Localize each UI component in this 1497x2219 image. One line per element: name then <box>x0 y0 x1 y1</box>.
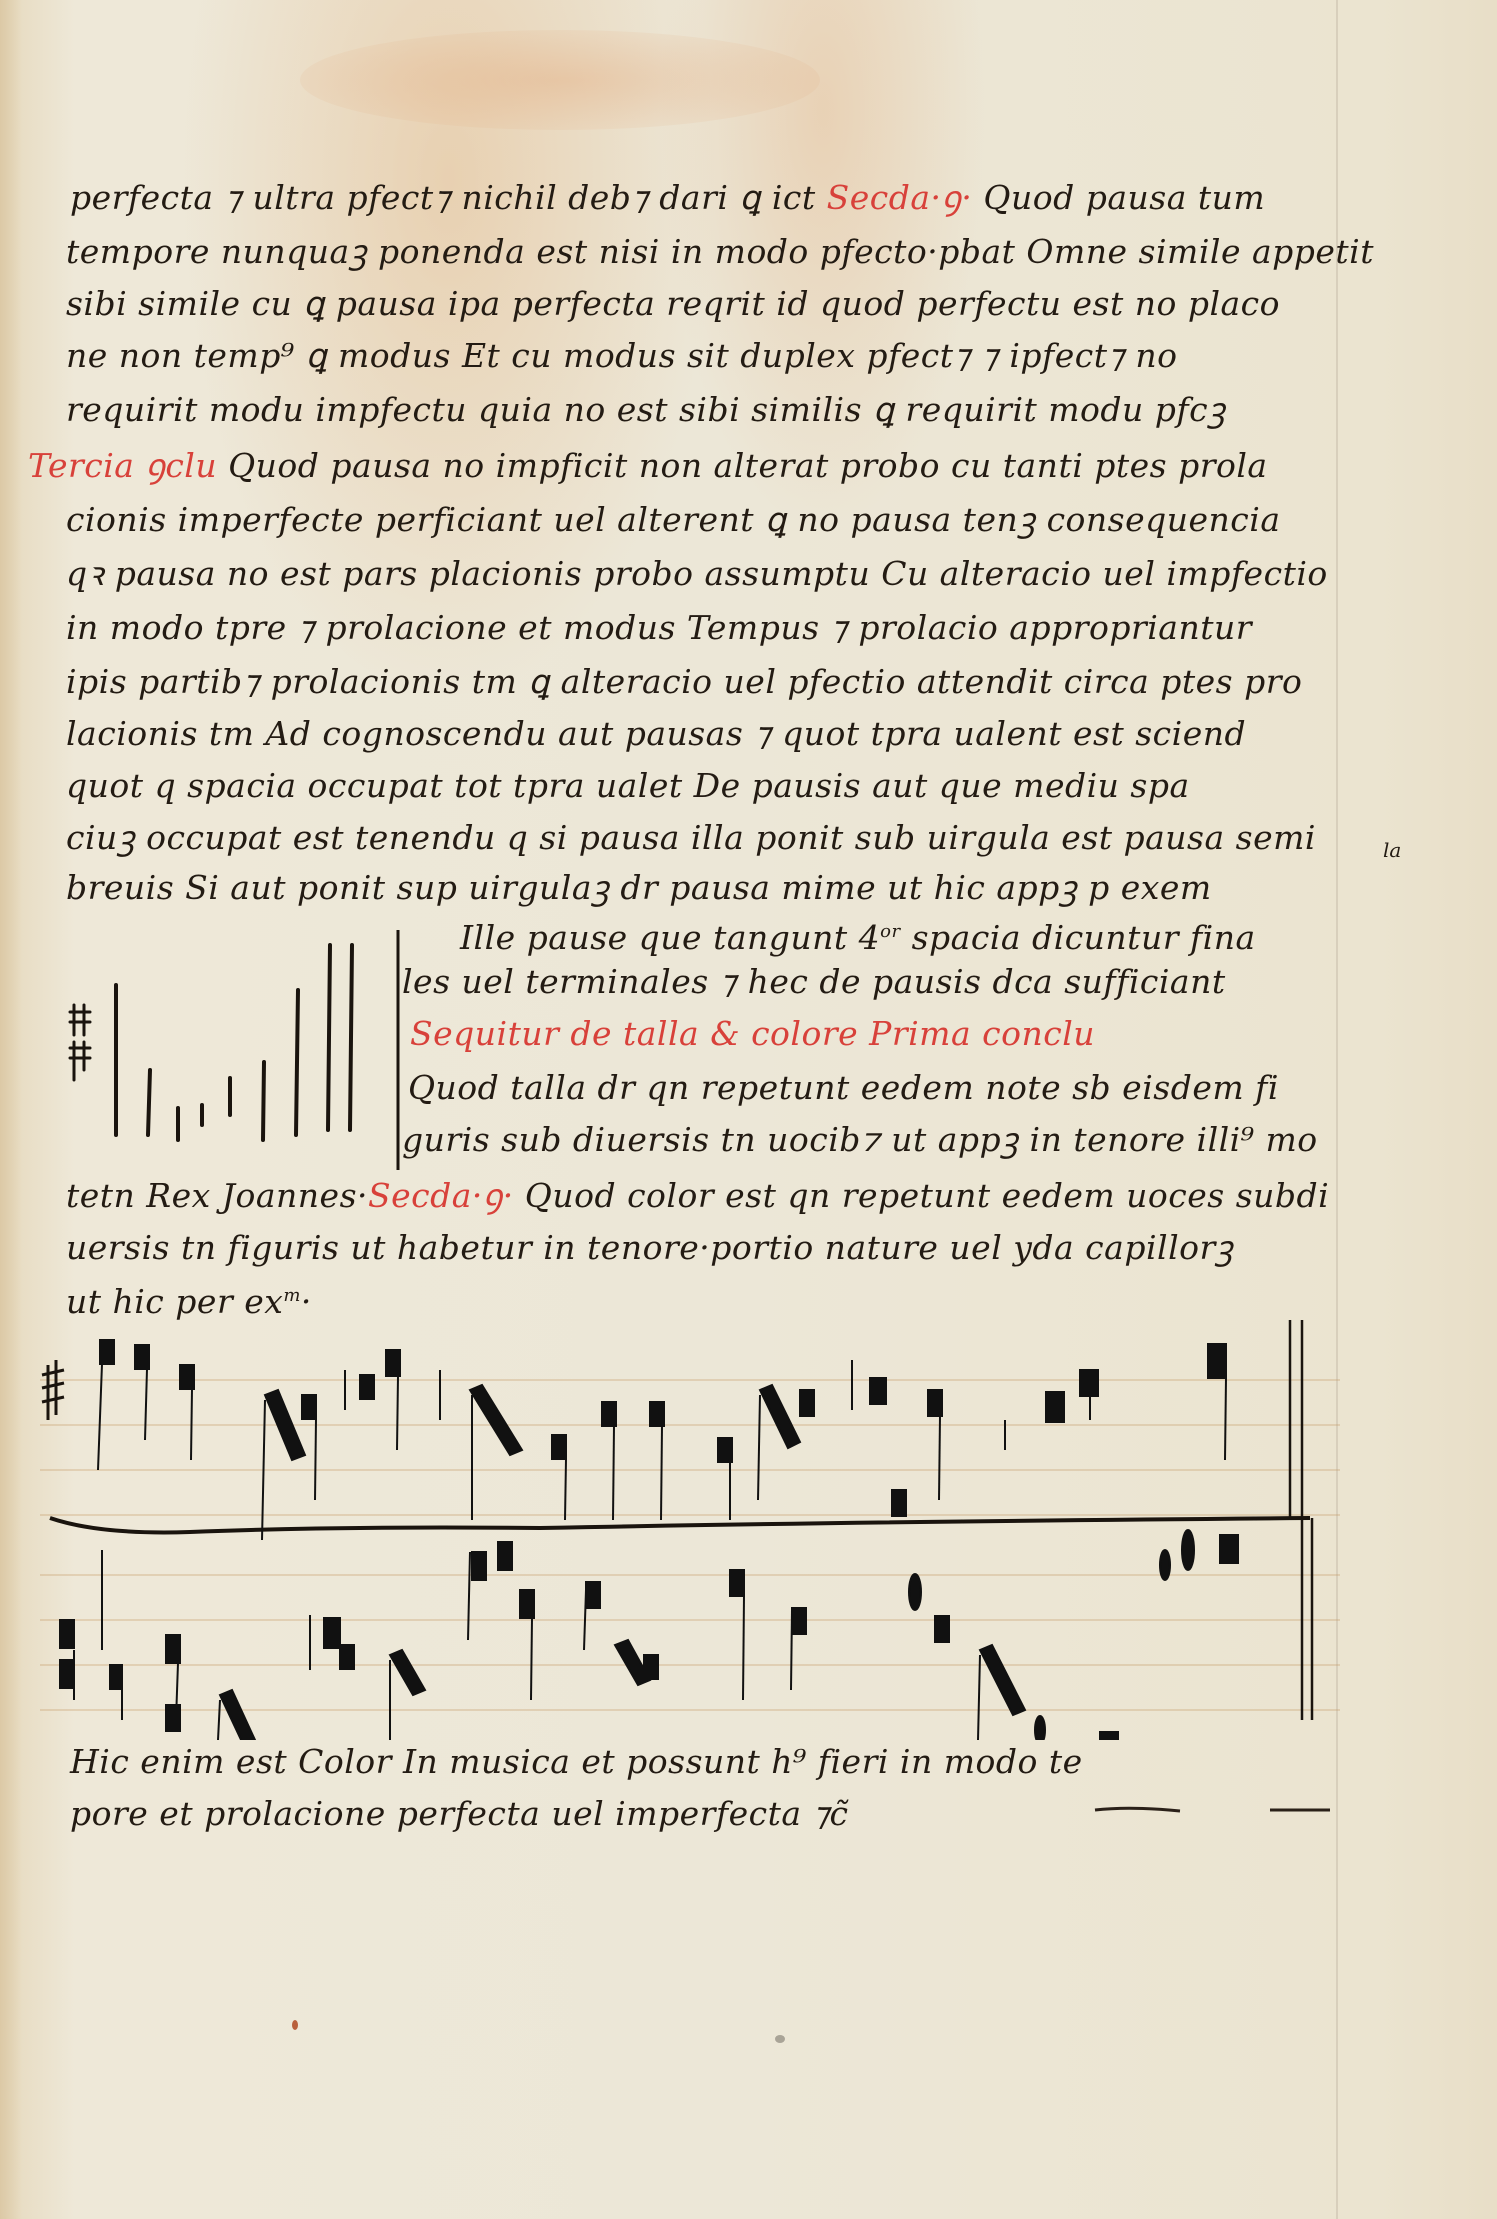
text-line: pore et prolacione perfecta uel imperfec… <box>70 1794 848 1834</box>
text-line: guris sub diuersis tn uocib⁊ ut appꝫ in … <box>402 1120 1318 1160</box>
text-line: cionis imperfecte perficiant uel alteren… <box>66 500 1281 540</box>
margin-note: la <box>1383 838 1401 862</box>
text-line: ciuꝫ occupat est tenendu q si pausa illa… <box>66 818 1316 858</box>
voice-divider <box>50 1518 1310 1532</box>
offset-stain <box>300 30 820 130</box>
text-line: in modo tpre ⁊ prolacione et modus Tempu… <box>66 608 1252 648</box>
rubric-heading: Sequitur de talla & colore Prima conclu <box>410 1014 1095 1054</box>
text-line: perfecta ⁊ ultra pfect⁊ nichil deb⁊ dari… <box>70 178 1265 218</box>
gutter-shadow <box>0 0 22 2219</box>
manuscript-page: perfecta ⁊ ultra pfect⁊ nichil deb⁊ dari… <box>0 0 1497 2219</box>
ink-speck <box>292 2020 298 2030</box>
text-line: sibi simile cu ꝗ pausa ipa perfecta reqr… <box>66 284 1280 324</box>
text-line: requirit modu impfectu quia no est sibi … <box>66 390 1225 430</box>
text-line: les uel terminales ⁊ hec de pausis dca s… <box>402 962 1226 1002</box>
rubric: Tercia ꝯclu <box>28 446 217 485</box>
text-line: tempore nunquaꝫ ponenda est nisi in modo… <box>66 232 1374 272</box>
music-example <box>40 1320 1350 1740</box>
text-line: tetn Rex Joannes·Secda·ꝯ· Quod color est… <box>66 1176 1329 1216</box>
line-filler-stroke <box>1090 1800 1340 1820</box>
rubric: Secda·ꝯ· <box>368 1176 514 1215</box>
rubric: Secda·ꝯ· <box>827 178 973 217</box>
ink-speck <box>775 2035 785 2043</box>
text-line: Quod talla dr qn repetunt eedem note sb … <box>408 1068 1279 1108</box>
text-line: breuis Si aut ponit sup uirgulaꝫ dr paus… <box>66 868 1212 908</box>
text-line: ne non temp⁹ ꝗ modus Et cu modus sit dup… <box>66 336 1178 376</box>
text-line: Hic enim est Color In musica et possunt … <box>70 1742 1083 1782</box>
text-line: Ille pause que tangunt 4or spacia dicunt… <box>460 912 1256 958</box>
text-line: uersis tn figuris ut habetur in tenore·p… <box>66 1228 1233 1268</box>
text-line: Tercia ꝯclu Quod pausa no impficit non a… <box>28 446 1268 486</box>
text-line: quot q spacia occupat tot tpra ualet De … <box>66 766 1190 806</box>
text-line: qꝛ pausa no est pars placionis probo ass… <box>66 554 1328 594</box>
text-line: lacionis tm Ad cognoscendu aut pausas ⁊ … <box>66 714 1246 754</box>
text-line: ut hic per exm· <box>66 1276 312 1322</box>
pause-diagram <box>60 930 400 1170</box>
text-line: ipis partib⁊ prolacionis tm ꝗ alteracio … <box>66 662 1302 702</box>
fold-line <box>1336 0 1338 2219</box>
